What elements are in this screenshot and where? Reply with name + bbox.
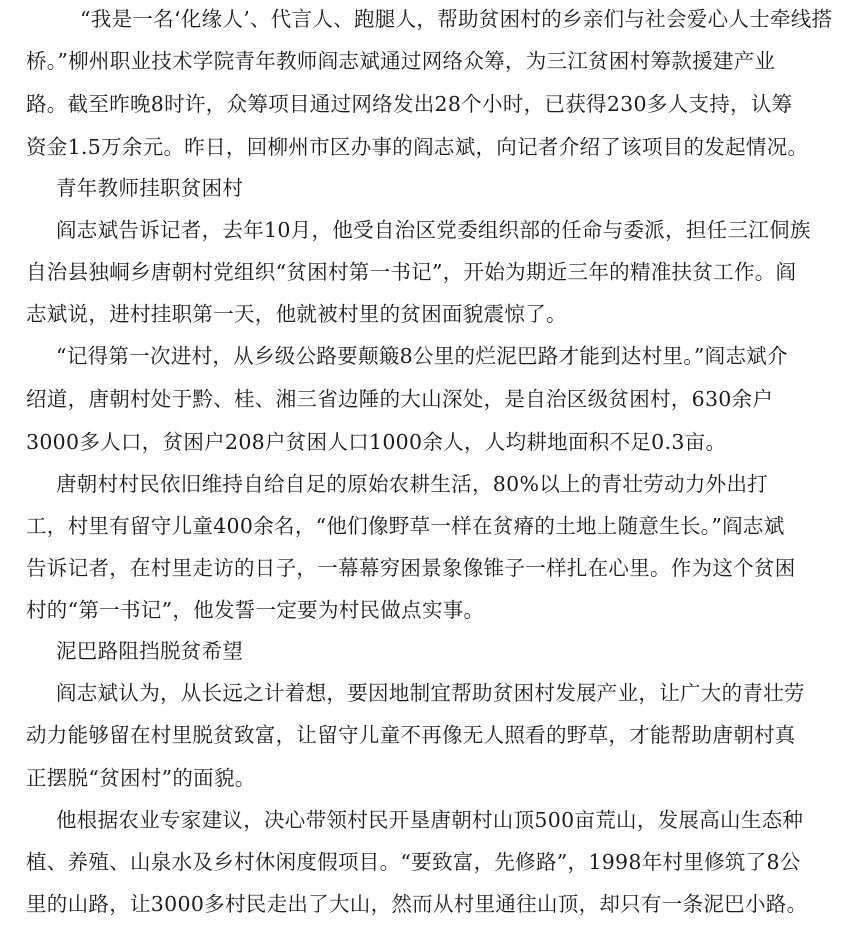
paragraph-line: 他根据农业专家建议，决心带领村民开垦唐朝村山顶500亩荒山，发展高山生态种 (56, 806, 803, 834)
section-heading: 青年教师挂职贫困村 (56, 174, 243, 202)
paragraph-line: 村的“第一书记”，他发誓一定要为村民做点实事。 (26, 596, 484, 624)
paragraph-line: 阎志斌认为，从长远之计着想，要因地制宜帮助贫困村发展产业，让广大的青壮劳 (56, 679, 805, 707)
paragraph-line: 里的山路，让3000多村民走出了大山，然而从村里通往山顶，却只有一条泥巴小路。 (26, 890, 807, 918)
section-heading: 泥巴路阻挡脱贫希望 (56, 637, 243, 665)
paragraph-line: 阎志斌告诉记者，去年10月，他受自治区党委组织部的任命与委派，担任三江侗族 (56, 216, 811, 244)
paragraph-line: 唐朝村村民依旧维持自给自足的原始农耕生活，80%以上的青壮劳动力外出打 (56, 470, 768, 498)
paragraph-line: 路。截至昨晚8时许，众筹项目通过网络发出28个小时，已获得230多人支持，认筹 (26, 90, 792, 118)
paragraph-line: 告诉记者，在村里走访的日子，一幕幕穷困景象像锥子一样扎在心里。作为这个贫困 (26, 554, 796, 582)
paragraph-line: 志斌说，进村挂职第一天，他就被村里的贫困面貌震惊了。 (26, 300, 567, 328)
paragraph-line: 桥。”柳州职业技术学院青年教师阎志斌通过网络众筹，为三江贫困村筹款援建产业 (26, 47, 775, 75)
paragraph-line: 自治县独峒乡唐朝村党组织“贫困村第一书记”，开始为期近三年的精准扶贫工作。阎 (26, 258, 796, 286)
paragraph-line: 资金1.5万余元。昨日，回柳州市区办事的阎志斌，向记者介绍了该项目的发起情况。 (26, 133, 808, 161)
paragraph-line: 正摆脱“贫困村”的面貌。 (26, 764, 256, 792)
paragraph-line: 植、养殖、山泉水及乡村休闲度假项目。“要致富，先修路”，1998年村里修筑了8公 (26, 848, 801, 876)
paragraph-line: “记得第一次进村，从乡级公路要颠簸8公里的烂泥巴路才能到达村里。”阎志斌介 (56, 342, 788, 370)
paragraph-line: “我是一名‘化缘人’、代言人、跑腿人，帮助贫困村的乡亲们与社会爱心人士牵线搭 (80, 5, 832, 33)
paragraph-line: 工，村里有留守儿童400余名，“他们像野草一样在贫瘠的土地上随意生长。”阎志斌 (26, 512, 785, 540)
paragraph-line: 3000多人口，贫困户208户贫困人口1000余人，人均耕地面积不足0.3亩。 (26, 428, 726, 456)
paragraph-line: 绍道，唐朝村处于黔、桂、湘三省边陲的大山深处，是自治区级贫困村，630余户 (26, 385, 773, 413)
paragraph-line: 动力能够留在村里脱贫致富，让留守儿童不再像无人照看的野草，才能帮助唐朝村真 (26, 721, 796, 749)
